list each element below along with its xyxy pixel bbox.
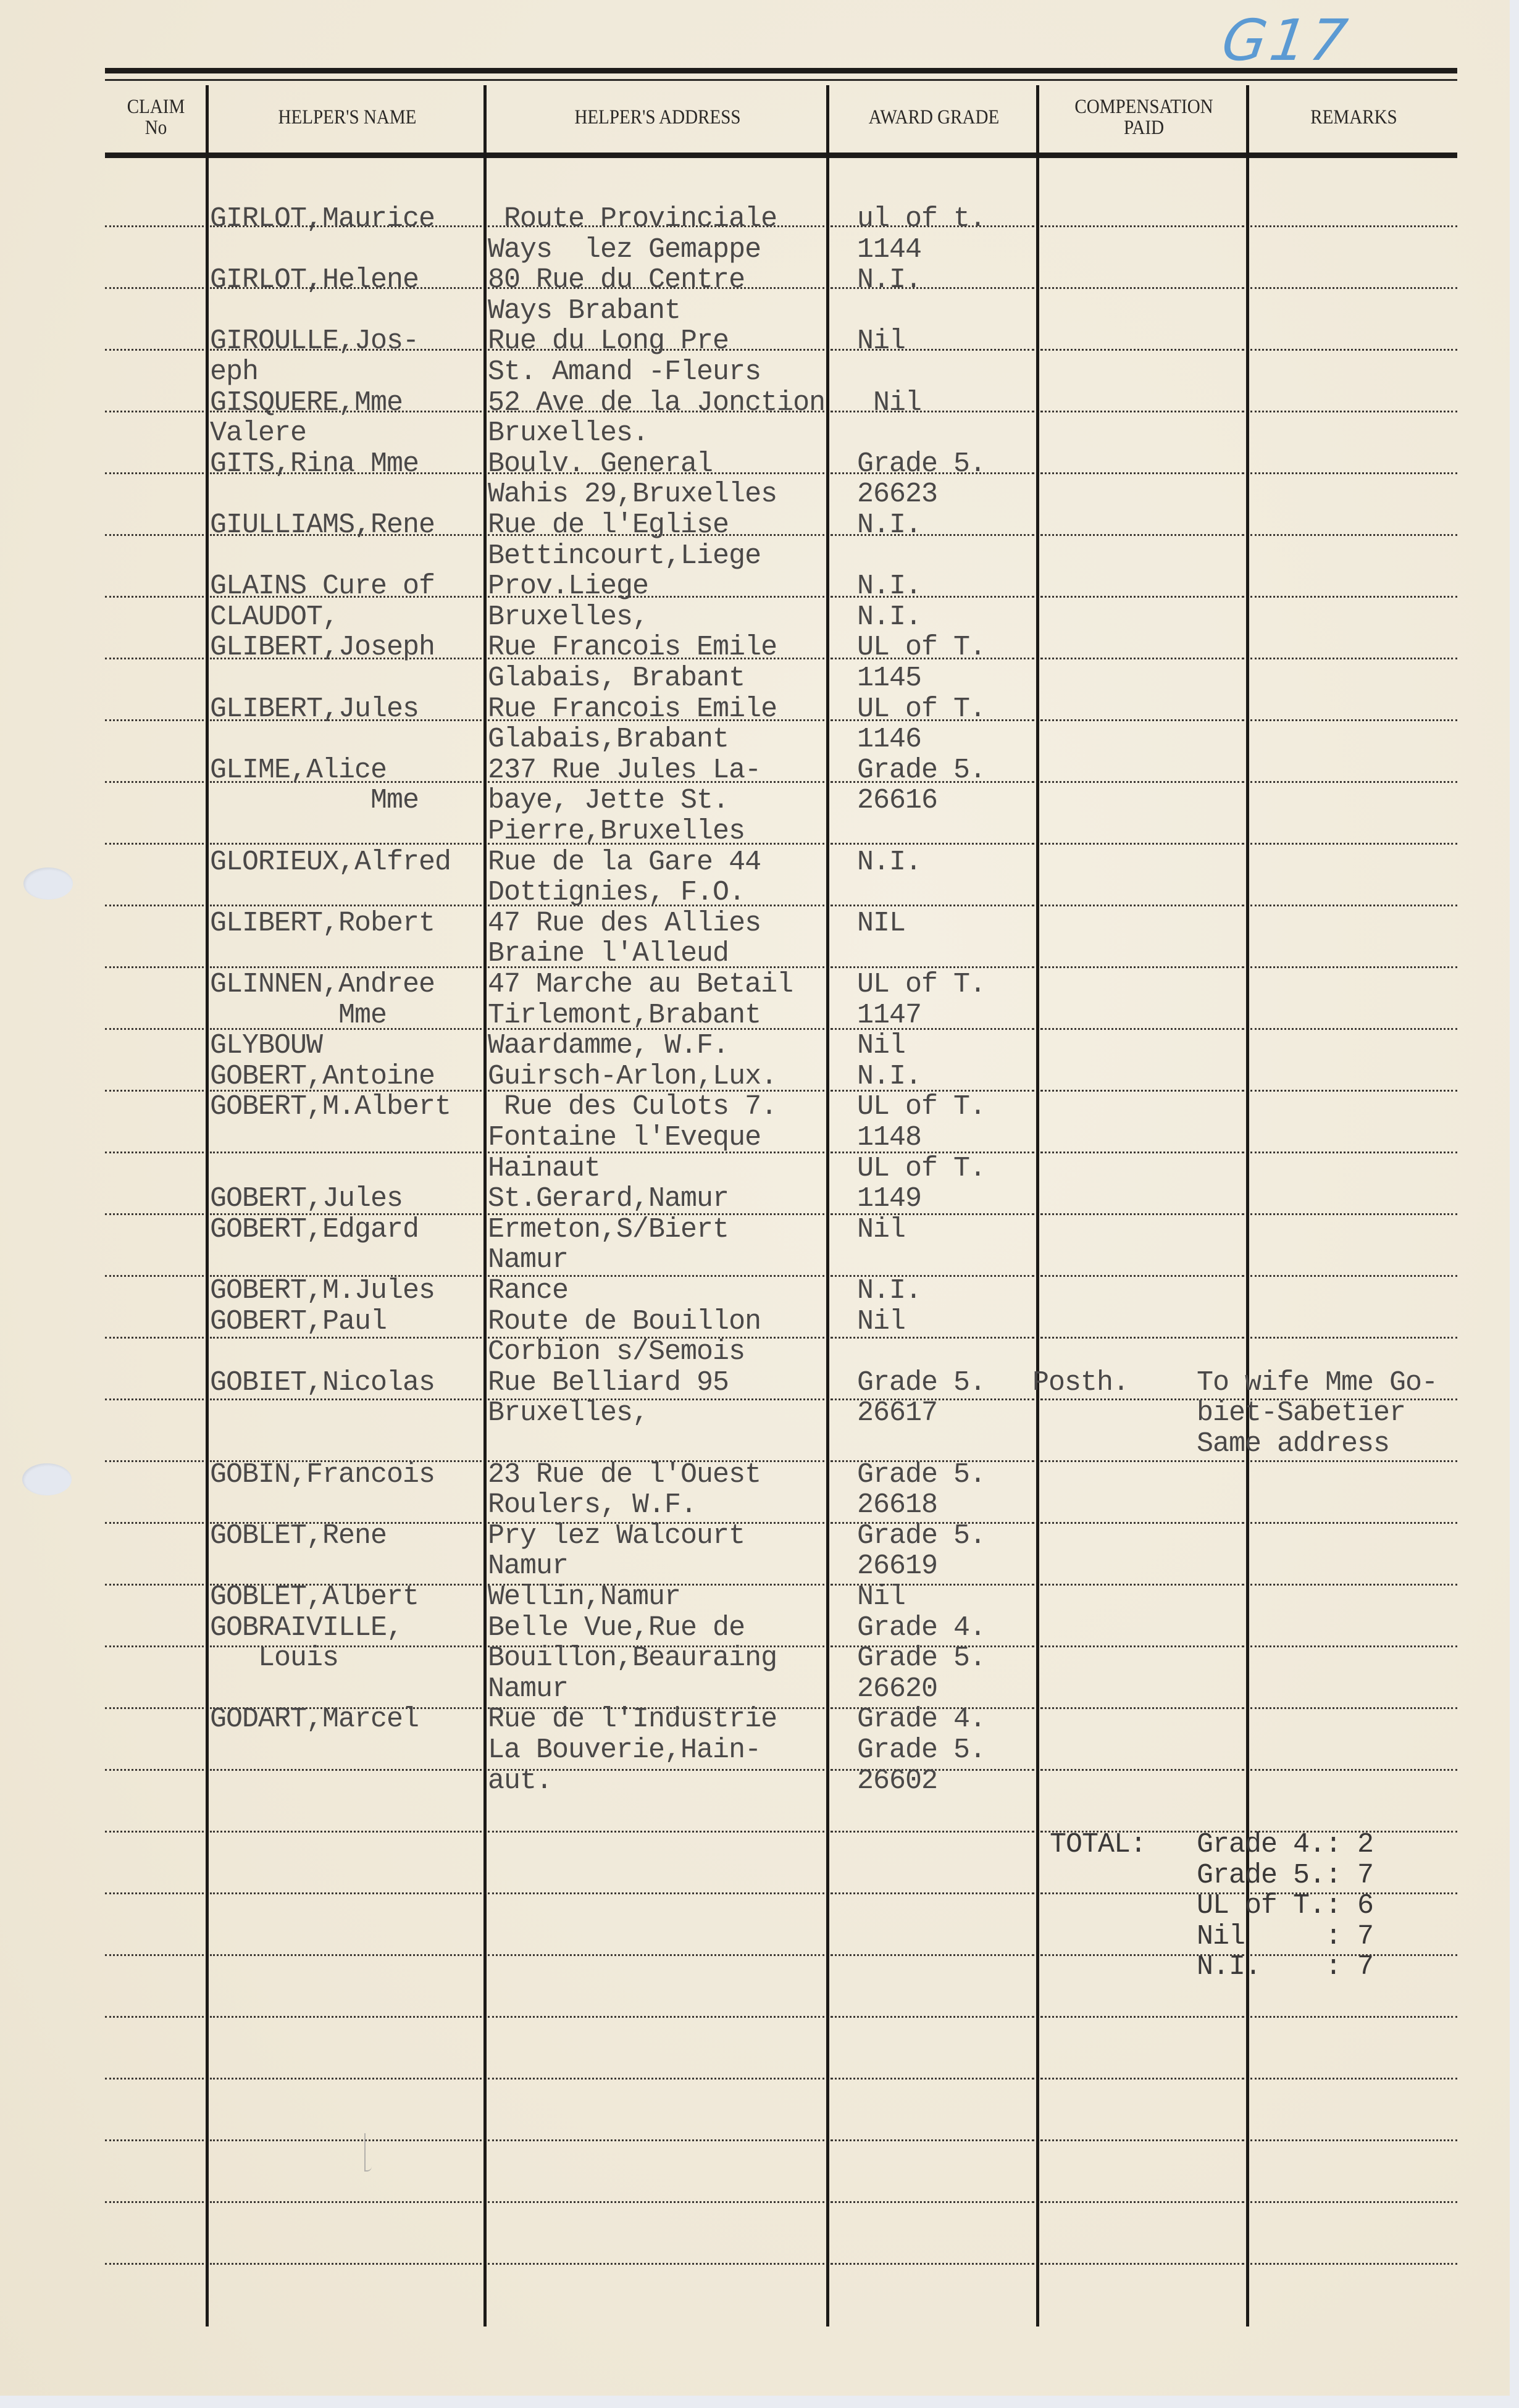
- row-rule: [105, 1769, 204, 1771]
- helper-address-cell: 237 Rue Jules La-: [488, 755, 761, 786]
- award-grade-cell: N.I.: [841, 265, 921, 296]
- row-rule: [105, 1152, 204, 1153]
- row-rule: [210, 1954, 482, 1956]
- row-rule: [105, 781, 204, 783]
- helper-name-cell: GOBLET,Albert: [210, 1582, 419, 1613]
- award-grade-cell: UL of T.: [841, 694, 985, 725]
- award-grade-cell: ul of t.: [841, 204, 985, 235]
- totals-row: Grade 4.: 2: [1197, 1829, 1373, 1860]
- helper-name-cell: Louis: [210, 1643, 338, 1674]
- helper-name-cell: GOBERT,Edgard: [210, 1214, 419, 1245]
- helper-address-cell: Rue des Culots 7.: [488, 1092, 777, 1122]
- award-grade-cell: N.I.: [841, 847, 921, 878]
- helper-address-cell: Wellin,Namur: [488, 1582, 680, 1613]
- row-rule: [1040, 1769, 1244, 1771]
- helper-address-cell: Prov.Liege: [488, 571, 648, 602]
- row-rule: [1250, 534, 1457, 536]
- row-rule: [105, 719, 204, 721]
- row-rule: [488, 1954, 824, 1956]
- row-rule: [1250, 472, 1457, 474]
- helper-name-cell: GOBLET,Rene: [210, 1521, 387, 1552]
- helper-address-cell: Namur: [488, 1674, 568, 1705]
- row-rule: [1040, 658, 1244, 659]
- helper-name-cell: GISQUERE,Mme: [210, 388, 403, 419]
- row-rule: [488, 2201, 824, 2203]
- award-grade-cell: Grade 5.: [841, 755, 985, 786]
- row-rule: [1040, 287, 1244, 289]
- helper-address-cell: baye, Jette St.: [488, 785, 729, 816]
- row-rule: [1040, 472, 1244, 474]
- row-rule: [105, 658, 204, 659]
- row-rule: [1250, 1090, 1457, 1092]
- row-rule: [210, 905, 482, 906]
- row-rule: [1250, 2078, 1457, 2080]
- helper-address-cell: Rue de l'Industrie: [488, 1704, 777, 1735]
- row-rule: [1250, 2016, 1457, 2018]
- row-rule: [831, 1892, 1034, 1894]
- row-rule: [1250, 1645, 1457, 1647]
- row-rule: [210, 2263, 482, 2265]
- helper-address-cell: Rue Belliard 95: [488, 1368, 729, 1398]
- header-claim-no: CLAIM No: [111, 86, 201, 148]
- row-rule: [210, 2016, 482, 2018]
- helper-address-cell: 52 Ave de la Jonction: [488, 388, 825, 419]
- column-divider: [1246, 85, 1249, 2326]
- row-rule: [105, 1645, 204, 1647]
- helper-address-cell: Glabais,Brabant: [488, 724, 729, 755]
- row-rule: [105, 2201, 204, 2203]
- helper-name-cell: GIROULLE,Jos-: [210, 326, 419, 357]
- row-rule: [105, 287, 204, 289]
- award-grade-cell: N.I.: [841, 1276, 921, 1306]
- award-grade-cell: Grade 5.: [841, 1368, 985, 1398]
- header-helper-address: HELPER'S ADDRESS: [508, 86, 807, 148]
- row-rule: [1040, 2201, 1244, 2203]
- header-award-grade: AWARD GRADE: [843, 86, 1025, 148]
- helper-address-cell: Pierre,Bruxelles: [488, 816, 745, 847]
- row-rule: [105, 1275, 204, 1277]
- remarks-cell: Same address: [1197, 1429, 1389, 1460]
- row-rule: [1250, 225, 1457, 227]
- helper-address-cell: Roulers, W.F.: [488, 1490, 697, 1521]
- award-grade-cell: 26623: [841, 479, 937, 510]
- totals-row: Nil : 7: [1197, 1921, 1373, 1952]
- award-grade-cell: NIL: [841, 908, 905, 939]
- award-grade-cell: Grade 5.: [841, 449, 985, 480]
- award-grade-cell: 1146: [841, 724, 921, 755]
- award-grade-cell: 26619: [841, 1551, 937, 1582]
- row-rule: [1250, 1028, 1457, 1030]
- column-divider: [826, 85, 829, 2326]
- row-rule: [1040, 1460, 1244, 1462]
- row-rule: [1040, 2263, 1244, 2265]
- totals-row: Grade 5.: 7: [1197, 1860, 1373, 1891]
- row-rule: [1040, 411, 1244, 412]
- row-rule: [1250, 905, 1457, 906]
- row-rule: [105, 1337, 204, 1339]
- row-rule: [105, 1028, 204, 1030]
- punch-hole-top: [23, 867, 73, 900]
- row-rule: [488, 1831, 824, 1833]
- row-rule: [488, 2139, 824, 2141]
- row-rule: [1250, 966, 1457, 968]
- row-rule: [1040, 1522, 1244, 1524]
- remarks-cell: biet-Sabetier: [1197, 1398, 1405, 1429]
- award-grade-cell: N.I.: [841, 571, 921, 602]
- row-rule: [105, 1398, 204, 1400]
- row-rule: [105, 1090, 204, 1092]
- helper-address-cell: Namur: [488, 1245, 568, 1276]
- helper-name-cell: GLORIEUX,Alfred: [210, 847, 451, 878]
- award-grade-cell: N.I.: [841, 510, 921, 541]
- helper-address-cell: Rue de l'Eglise: [488, 510, 729, 541]
- helper-address-cell: Bruxelles.: [488, 418, 648, 449]
- row-rule: [210, 1769, 482, 1771]
- helper-address-cell: Tirlemont,Brabant: [488, 1000, 761, 1031]
- row-rule: [1250, 2139, 1457, 2141]
- row-rule: [1250, 1584, 1457, 1586]
- award-grade-cell: 26616: [841, 785, 937, 816]
- helper-name-cell: GOBIET,Nicolas: [210, 1368, 435, 1398]
- row-rule: [1040, 905, 1244, 906]
- helper-name-cell: GLAINS Cure of: [210, 571, 435, 602]
- row-rule: [831, 1954, 1034, 1956]
- award-grade-cell: Nil: [841, 1031, 905, 1061]
- column-divider: [1036, 85, 1039, 2326]
- helper-name-cell: CLAUDOT,: [210, 602, 338, 633]
- row-rule: [105, 1707, 204, 1709]
- row-rule: [1250, 1707, 1457, 1709]
- award-grade-cell: Nil: [841, 1582, 905, 1613]
- helper-name-cell: GOBERT,Paul: [210, 1306, 387, 1337]
- row-rule: [1040, 719, 1244, 721]
- row-rule: [1040, 225, 1244, 227]
- helper-name-cell: GOBRAIVILLE,: [210, 1613, 403, 1644]
- helper-address-cell: Route Provinciale: [488, 204, 777, 235]
- row-rule: [1040, 1090, 1244, 1092]
- row-rule: [831, 2016, 1034, 2018]
- row-rule: [105, 349, 204, 351]
- award-grade-cell: Grade 4.: [841, 1613, 985, 1644]
- helper-name-cell: GIRLOT,Maurice: [210, 204, 435, 235]
- row-rule: [1250, 1275, 1457, 1277]
- award-grade-cell: 1149: [841, 1184, 921, 1214]
- row-rule: [1250, 2263, 1457, 2265]
- remarks-cell: To wife Mme Go-: [1197, 1368, 1437, 1398]
- row-rule: [105, 1954, 204, 1956]
- helper-name-cell: GLIME,Alice: [210, 755, 387, 786]
- row-rule: [1040, 781, 1244, 783]
- helper-name-cell: GLINNEN,Andree: [210, 969, 435, 1000]
- row-rule: [1040, 1337, 1244, 1339]
- helper-address-cell: Route de Bouillon: [488, 1306, 761, 1337]
- row-rule: [1250, 411, 1457, 412]
- row-rule: [105, 534, 204, 536]
- award-grade-cell: Nil: [841, 1306, 905, 1337]
- row-rule: [105, 472, 204, 474]
- award-grade-cell: 1148: [841, 1122, 921, 1153]
- row-rule: [831, 2139, 1034, 2141]
- row-rule: [1040, 596, 1244, 598]
- row-rule: [488, 2078, 824, 2080]
- helper-address-cell: St. Amand -Fleurs: [488, 357, 761, 388]
- row-rule: [1250, 1152, 1457, 1153]
- helper-address-cell: 23 Rue de l'Ouest: [488, 1460, 761, 1490]
- row-rule: [210, 2201, 482, 2203]
- helper-name-cell: GLIBERT,Joseph: [210, 632, 435, 663]
- row-rule: [1250, 596, 1457, 598]
- column-divider: [206, 85, 209, 2326]
- row-rule: [105, 1213, 204, 1215]
- row-rule: [1040, 1707, 1244, 1709]
- helper-address-cell: Dottignies, F.O.: [488, 877, 745, 908]
- row-rule: [1040, 1584, 1244, 1586]
- row-rule: [105, 596, 204, 598]
- row-rule: [1040, 2078, 1244, 2080]
- row-rule: [1040, 1275, 1244, 1277]
- row-rule: [1250, 658, 1457, 659]
- document-page: G17 CLAIM No HELPER'S NAME HELPER'S ADDR…: [0, 0, 1510, 2396]
- helper-address-cell: Rance: [488, 1276, 568, 1306]
- row-rule: [105, 411, 204, 412]
- award-grade-cell: Grade 5.: [841, 1735, 985, 1766]
- row-rule: [1250, 843, 1457, 845]
- award-grade-cell: UL of T.: [841, 632, 985, 663]
- row-rule: [105, 2078, 204, 2080]
- helper-name-cell: Mme: [210, 1000, 387, 1031]
- row-rule: [1040, 1152, 1244, 1153]
- row-rule: [831, 2201, 1034, 2203]
- helper-address-cell: Bruxelles,: [488, 1398, 648, 1429]
- helper-address-cell: St.Gerard,Namur: [488, 1184, 729, 1214]
- row-rule: [1250, 781, 1457, 783]
- award-grade-cell: 26602: [841, 1766, 937, 1797]
- helper-address-cell: Namur: [488, 1551, 568, 1582]
- row-rule: [1040, 1645, 1244, 1647]
- award-grade-cell: 26618: [841, 1490, 937, 1521]
- award-grade-cell: Nil: [841, 1214, 905, 1245]
- row-rule: [1040, 2139, 1244, 2141]
- row-rule: [210, 2139, 482, 2141]
- helper-address-cell: Rue Francois Emile: [488, 632, 777, 663]
- row-rule: [210, 1892, 482, 1894]
- award-grade-cell: Grade 5.: [841, 1460, 985, 1490]
- helper-name-cell: GIULLIAMS,Rene: [210, 510, 435, 541]
- award-grade-cell: UL of T.: [841, 1153, 985, 1184]
- helper-name-cell: GIRLOT,Helene: [210, 265, 419, 296]
- award-grade-cell: Nil: [841, 326, 905, 357]
- helper-address-cell: Bruxelles,: [488, 602, 648, 633]
- helper-address-cell: Guirsch-Arlon,Lux.: [488, 1061, 777, 1092]
- helper-address-cell: Fontaine l'Eveque: [488, 1122, 761, 1153]
- row-rule: [831, 1831, 1034, 1833]
- row-rule: [105, 1522, 204, 1524]
- helper-address-cell: La Bouverie,Hain-: [488, 1735, 761, 1766]
- helper-name-cell: GOBERT,Antoine: [210, 1061, 435, 1092]
- helper-address-cell: Belle Vue,Rue de: [488, 1613, 745, 1644]
- row-rule: [1250, 1769, 1457, 1771]
- row-rule: [1250, 1460, 1457, 1462]
- row-rule: [105, 1831, 204, 1833]
- helper-address-cell: Ermeton,S/Biert: [488, 1214, 729, 1245]
- handwritten-page-label: G17: [1218, 7, 1354, 73]
- header-thin-rule: [105, 79, 1457, 81]
- award-grade-cell: N.I.: [841, 602, 921, 633]
- helper-address-cell: Corbion s/Semois: [488, 1337, 745, 1368]
- row-rule: [1250, 1213, 1457, 1215]
- helper-address-cell: Rue du Long Pre: [488, 326, 729, 357]
- row-rule: [105, 2263, 204, 2265]
- helper-address-cell: Ways Brabant: [488, 296, 680, 327]
- row-rule: [105, 1584, 204, 1586]
- helper-address-cell: Rue de la Gare 44: [488, 847, 761, 878]
- row-rule: [210, 843, 482, 845]
- row-rule: [105, 966, 204, 968]
- helper-name-cell: GOBERT,M.Albert: [210, 1092, 451, 1122]
- award-grade-cell: 1144: [841, 235, 921, 265]
- helper-name-cell: GODART,Marcel: [210, 1704, 419, 1735]
- row-rule: [105, 905, 204, 906]
- row-rule: [488, 2263, 824, 2265]
- pencil-mark: [364, 2133, 372, 2172]
- helper-address-cell: Waardamme, W.F.: [488, 1031, 729, 1061]
- helper-name-cell: GITS,Rina Mme: [210, 449, 419, 480]
- helper-name-cell: GLIBERT,Robert: [210, 908, 435, 939]
- award-grade-cell: Grade 4.: [841, 1704, 985, 1735]
- helper-address-cell: Ways lez Gemappe: [488, 235, 761, 265]
- row-rule: [210, 1398, 482, 1400]
- award-grade-cell: Nil: [841, 388, 921, 419]
- row-rule: [1040, 349, 1244, 351]
- helper-name-cell: GOBIN,Francois: [210, 1460, 435, 1490]
- row-rule: [1040, 1028, 1244, 1030]
- row-rule: [1040, 843, 1244, 845]
- row-rule: [1250, 2201, 1457, 2203]
- row-rule: [210, 1152, 482, 1153]
- award-grade-cell: 26620: [841, 1674, 937, 1705]
- award-grade-cell: 1147: [841, 1000, 921, 1031]
- row-rule: [105, 225, 204, 227]
- header-remarks: REMARKS: [1263, 86, 1445, 148]
- helper-address-cell: aut.: [488, 1766, 552, 1797]
- helper-address-cell: Braine l'Alleud: [488, 939, 729, 969]
- row-rule: [105, 2016, 204, 2018]
- row-rule: [210, 1831, 482, 1833]
- compensation-cell: Posth.: [1032, 1368, 1129, 1398]
- helper-address-cell: 47 Marche au Betail: [488, 969, 793, 1000]
- helper-name-cell: GOBERT,Jules: [210, 1184, 403, 1214]
- row-rule: [210, 2078, 482, 2080]
- row-rule: [488, 2016, 824, 2018]
- row-rule: [1250, 1522, 1457, 1524]
- row-rule: [831, 966, 1034, 968]
- row-rule: [105, 843, 204, 845]
- totals-row: N.I. : 7: [1197, 1952, 1373, 1983]
- column-divider: [483, 85, 487, 2326]
- helper-address-cell: Bouillon,Beauraing: [488, 1643, 777, 1674]
- row-rule: [105, 2139, 204, 2141]
- helper-address-cell: Hainaut: [488, 1153, 600, 1184]
- row-rule: [1040, 1213, 1244, 1215]
- helper-address-cell: Boulv. General: [488, 449, 713, 480]
- header-compensation-paid: COMPENSATION PAID: [1053, 86, 1235, 148]
- helper-address-cell: Bettincourt,Liege: [488, 541, 761, 572]
- header-helper-name: HELPER'S NAME: [227, 86, 469, 148]
- helper-name-cell: GOBERT,M.Jules: [210, 1276, 435, 1306]
- award-grade-cell: N.I.: [841, 1061, 921, 1092]
- helper-address-cell: Rue Francois Emile: [488, 694, 777, 725]
- helper-address-cell: Pry lez Walcourt: [488, 1521, 745, 1552]
- row-rule: [831, 905, 1034, 906]
- helper-name-cell: GLYBOUW: [210, 1031, 322, 1061]
- helper-name-cell: Mme: [210, 785, 419, 816]
- row-rule: [105, 1892, 204, 1894]
- punch-hole-bottom: [22, 1463, 72, 1495]
- header-top-rule: [105, 68, 1457, 73]
- row-rule: [831, 2263, 1034, 2265]
- row-rule: [1250, 287, 1457, 289]
- award-grade-cell: 1145: [841, 663, 921, 694]
- row-rule: [1040, 2016, 1244, 2018]
- row-rule: [1250, 1337, 1457, 1339]
- row-rule: [210, 966, 482, 968]
- award-grade-cell: Grade 5.: [841, 1521, 985, 1552]
- row-rule: [1250, 349, 1457, 351]
- helper-address-cell: Wahis 29,Bruxelles: [488, 479, 777, 510]
- helper-address-cell: 47 Rue des Allies: [488, 908, 761, 939]
- row-rule: [831, 843, 1034, 845]
- row-rule: [1040, 966, 1244, 968]
- row-rule: [1040, 534, 1244, 536]
- row-rule: [1250, 719, 1457, 721]
- header-bottom-rule: [105, 153, 1457, 158]
- totals-row: UL of T.: 6: [1197, 1891, 1373, 1921]
- totals-label: TOTAL:: [1050, 1829, 1146, 1860]
- helper-name-cell: eph: [210, 357, 258, 388]
- helper-address-cell: Glabais, Brabant: [488, 663, 745, 694]
- row-rule: [831, 2078, 1034, 2080]
- award-grade-cell: 26617: [841, 1398, 937, 1429]
- award-grade-cell: Grade 5.: [841, 1643, 985, 1674]
- row-rule: [105, 1460, 204, 1462]
- award-grade-cell: UL of T.: [841, 969, 985, 1000]
- helper-name-cell: GLIBERT,Jules: [210, 694, 419, 725]
- helper-name-cell: Valere: [210, 418, 306, 449]
- helper-address-cell: 80 Rue du Centre: [488, 265, 745, 296]
- award-grade-cell: UL of T.: [841, 1092, 985, 1122]
- row-rule: [488, 1892, 824, 1894]
